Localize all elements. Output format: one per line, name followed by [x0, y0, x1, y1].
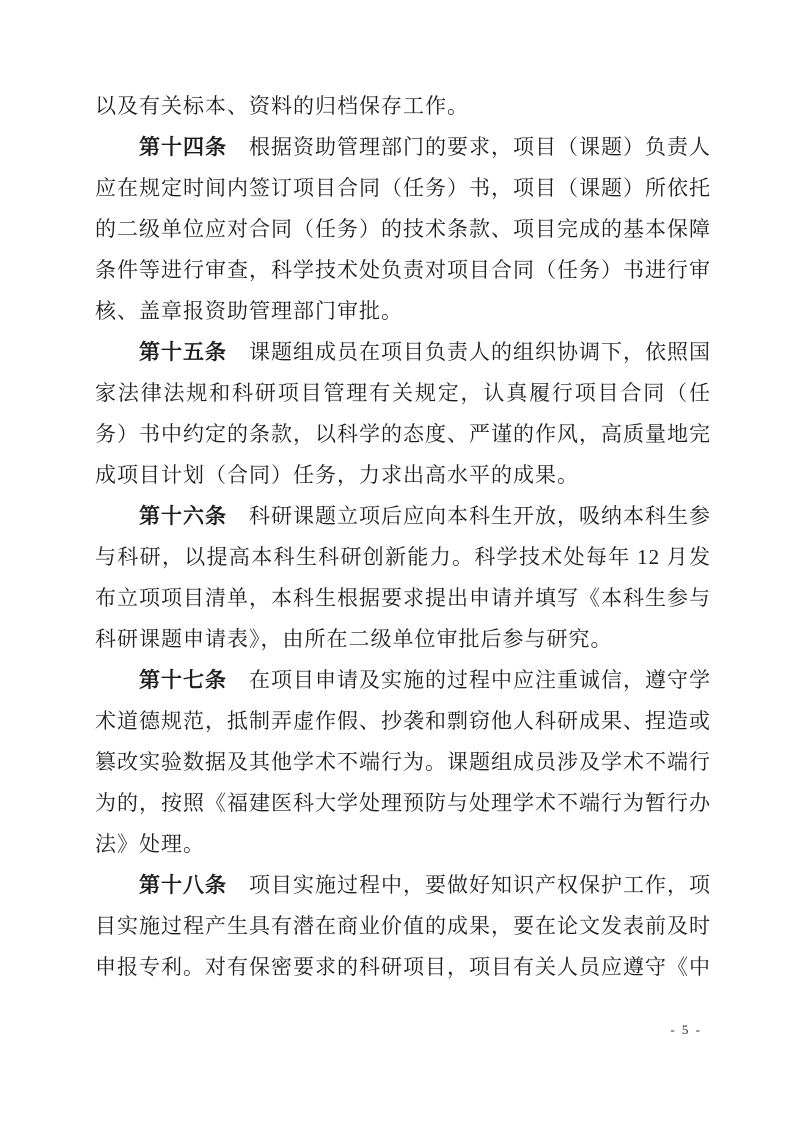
article-paragraph: 第十七条 在项目申请及实施的过程中应注重诚信，遵守学术道德规范，抵制弄虚作假、抄…	[95, 660, 711, 865]
article-heading: 第十五条	[139, 340, 227, 364]
article-paragraph: 第十四条 根据资助管理部门的要求，项目（课题）负责人应在规定时间内签订项目合同（…	[95, 127, 711, 332]
article-heading: 第十四条	[139, 135, 227, 159]
article-paragraph: 第十六条 科研课题立项后应向本科生开放，吸纳本科生参与科研，以提高本科生科研创新…	[95, 496, 711, 660]
document-body: 以及有关标本、资料的归档保存工作。第十四条 根据资助管理部门的要求，项目（课题）…	[95, 86, 711, 988]
page-number: - 5 -	[670, 1022, 702, 1038]
article-heading: 第十六条	[139, 504, 227, 528]
continuation-paragraph: 以及有关标本、资料的归档保存工作。	[95, 86, 711, 127]
document-page: 以及有关标本、资料的归档保存工作。第十四条 根据资助管理部门的要求，项目（课题）…	[0, 0, 794, 1123]
article-heading: 第十八条	[139, 873, 227, 897]
article-paragraph: 第十八条 项目实施过程中，要做好知识产权保护工作，项目实施过程产生具有潜在商业价…	[95, 865, 711, 988]
article-paragraph: 第十五条 课题组成员在项目负责人的组织协调下，依照国家法律法规和科研项目管理有关…	[95, 332, 711, 496]
article-heading: 第十七条	[139, 668, 227, 692]
